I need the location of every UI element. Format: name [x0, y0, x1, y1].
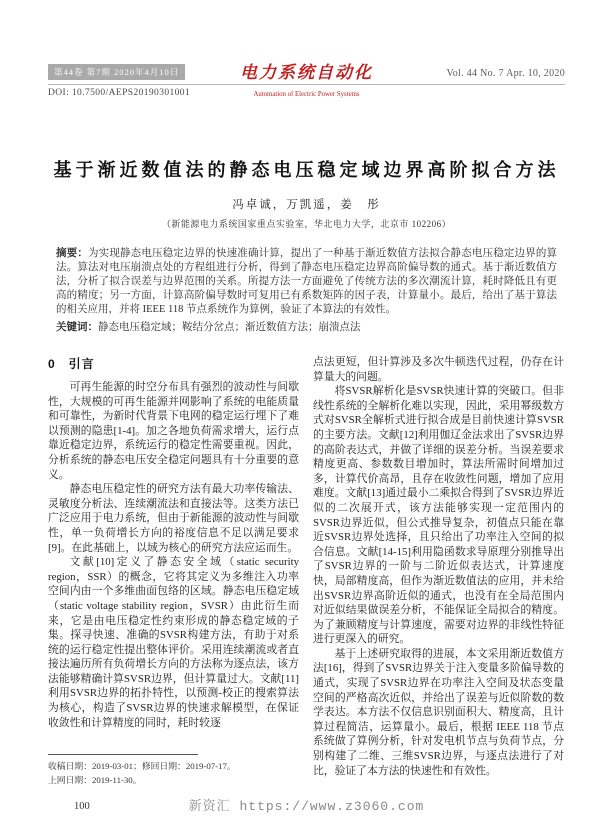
journal-header: 第44卷 第7期 2020年4月10日 DOI: 10.7500/AEPS201…: [48, 62, 565, 112]
paper-title: 基于渐近数值法的静态电压稳定域边界高阶拟合方法: [48, 156, 565, 182]
watermark-text: 新资汇 https://www.z3060.com: [0, 795, 613, 814]
body-columns: 0 引言 可再生能源的时空分布具有强烈的波动性与间歇性，大规模的可再生能源并网影…: [48, 355, 565, 787]
abstract-label: 摘要：: [56, 247, 88, 259]
journal-name-en: Automation of Electric Power Systems: [247, 90, 365, 98]
keywords-text: 静态电压稳定域；鞍结分岔点；渐近数值方法；崩溃点法: [98, 322, 361, 333]
body-paragraph: 文献[10]定义了静态安全域（static security region，SS…: [48, 555, 299, 730]
affiliation: （新能源电力系统国家重点实验室，华北电力大学，北京市 102206）: [48, 217, 565, 230]
right-column: 点法更短，但计算涉及多次牛顿迭代过程，仍存在计算量大的问题。 将SVSR解析化是…: [313, 355, 564, 787]
doi-text: DOI: 10.7500/AEPS20190301001: [48, 88, 190, 98]
paper-page: 第44卷 第7期 2020年4月10日 DOI: 10.7500/AEPS201…: [0, 0, 613, 825]
body-paragraph: 可再生能源的时空分布具有强烈的波动性与间歇性，大规模的可再生能源并网影响了系统的…: [48, 380, 299, 482]
keywords: 关键词：静态电压稳定域；鞍结分岔点；渐近数值方法；崩溃点法: [56, 320, 557, 335]
journal-name-cn: 电力系统自动化: [240, 58, 373, 83]
volume-issue-text: Vol. 44 No. 7 Apr. 10, 2020: [447, 68, 565, 79]
body-paragraph: 点法更短，但计算涉及多次牛顿迭代过程，仍存在计算量大的问题。: [313, 355, 564, 384]
keywords-label: 关键词：: [56, 321, 98, 333]
body-paragraph: 将SVSR解析化是SVSR快速计算的突破口。但非线性系统的全解析化难以实现，因此…: [313, 384, 564, 647]
footnote-received-dates: 收稿日期：2019-03-01；修回日期：2019-07-17。: [48, 759, 299, 773]
footnote-rule: [48, 754, 198, 755]
footnote: 收稿日期：2019-03-01；修回日期：2019-07-17。 上网日期：20…: [48, 754, 299, 787]
left-column: 0 引言 可再生能源的时空分布具有强烈的波动性与间歇性，大规模的可再生能源并网影…: [48, 355, 299, 787]
journal-logo: 电力系统自动化 Automation of Electric Power Sys…: [240, 58, 373, 101]
issue-badge: 第44卷 第7期 2020年4月10日: [48, 64, 185, 80]
body-paragraph: 基于上述研究取得的进展，本文采用渐近数值方法[16]，得到了SVSR边界关于注入…: [313, 647, 564, 778]
author-list: 冯卓诚，万凯遥，姜 彤: [48, 196, 565, 212]
footnote-online-date: 上网日期：2019-11-30。: [48, 773, 299, 787]
abstract-text: 为实现静态电压稳定边界的快速准确计算，提出了一种基于渐近数值方法拟合静态电压稳定…: [56, 248, 557, 315]
section-heading-intro: 0 引言: [48, 355, 299, 372]
body-paragraph: 静态电压稳定性的研究方法有最大功率传输法、灵敏度分析法、连续潮流法和直接法等。这…: [48, 482, 299, 555]
abstract: 摘要：为实现静态电压稳定边界的快速准确计算，提出了一种基于渐近数值方法拟合静态电…: [56, 246, 557, 317]
